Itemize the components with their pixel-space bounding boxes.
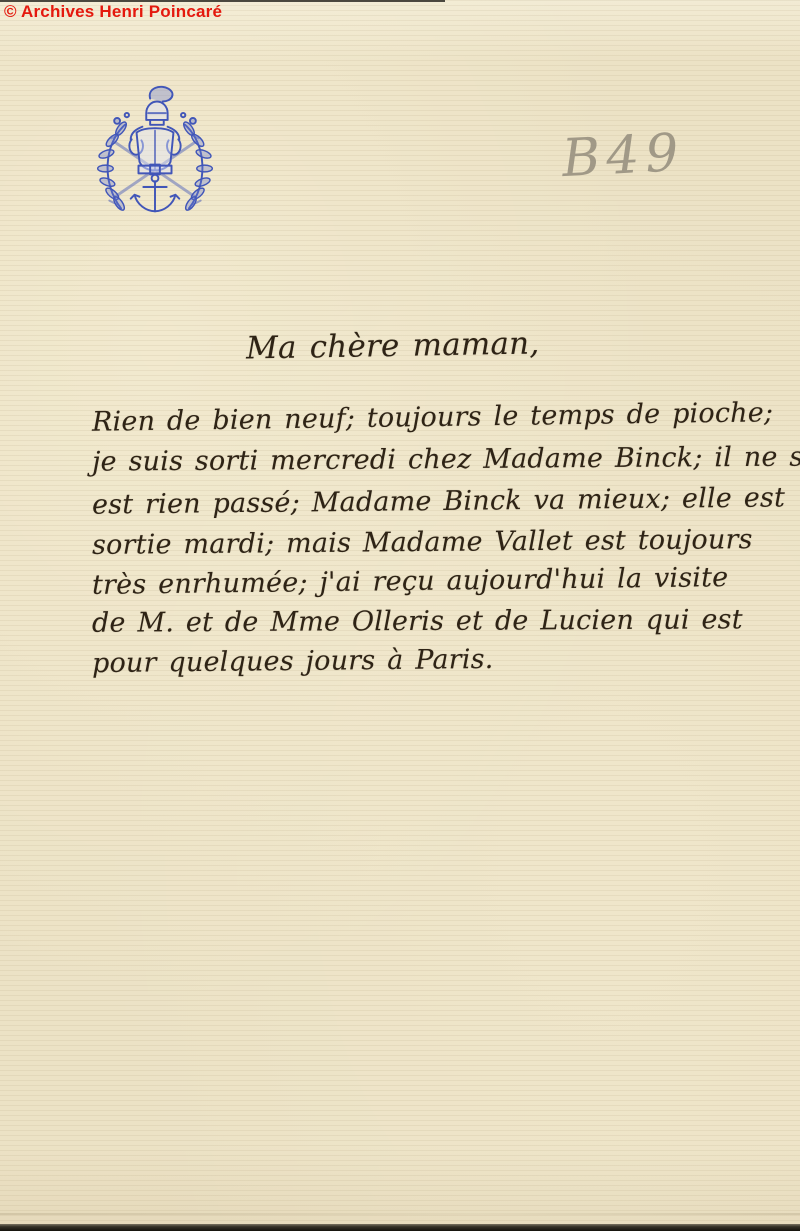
letter-salutation: Ma chère maman, — [246, 325, 540, 366]
letter-line: très enrhumée; j'ai reçu aujourd'hui la … — [92, 562, 729, 601]
archive-number: B49 — [561, 123, 686, 189]
letter-line: pour quelques jours à Paris. — [92, 644, 494, 679]
letter-line: je suis sorti mercredi chez Madame Binck… — [92, 441, 800, 477]
letter-line: Rien de bien neuf; toujours le temps de … — [92, 397, 774, 438]
copyright-watermark: © Archives Henri Poincaré — [4, 2, 222, 22]
scan-edge-bottom — [0, 1224, 800, 1231]
letterhead-crest — [90, 84, 220, 220]
letter-line: est rien passé; Madame Binck va mieux; e… — [92, 482, 785, 520]
military-trophy-crest-icon — [90, 84, 220, 220]
paper-crease — [0, 1213, 800, 1215]
letter-line: de M. et de Mme Olleris et de Lucien qui… — [92, 604, 743, 638]
letter-line: sortie mardi; mais Madame Vallet est tou… — [92, 524, 753, 561]
scanned-letter-page: © Archives Henri Poincaré — [0, 0, 800, 1231]
